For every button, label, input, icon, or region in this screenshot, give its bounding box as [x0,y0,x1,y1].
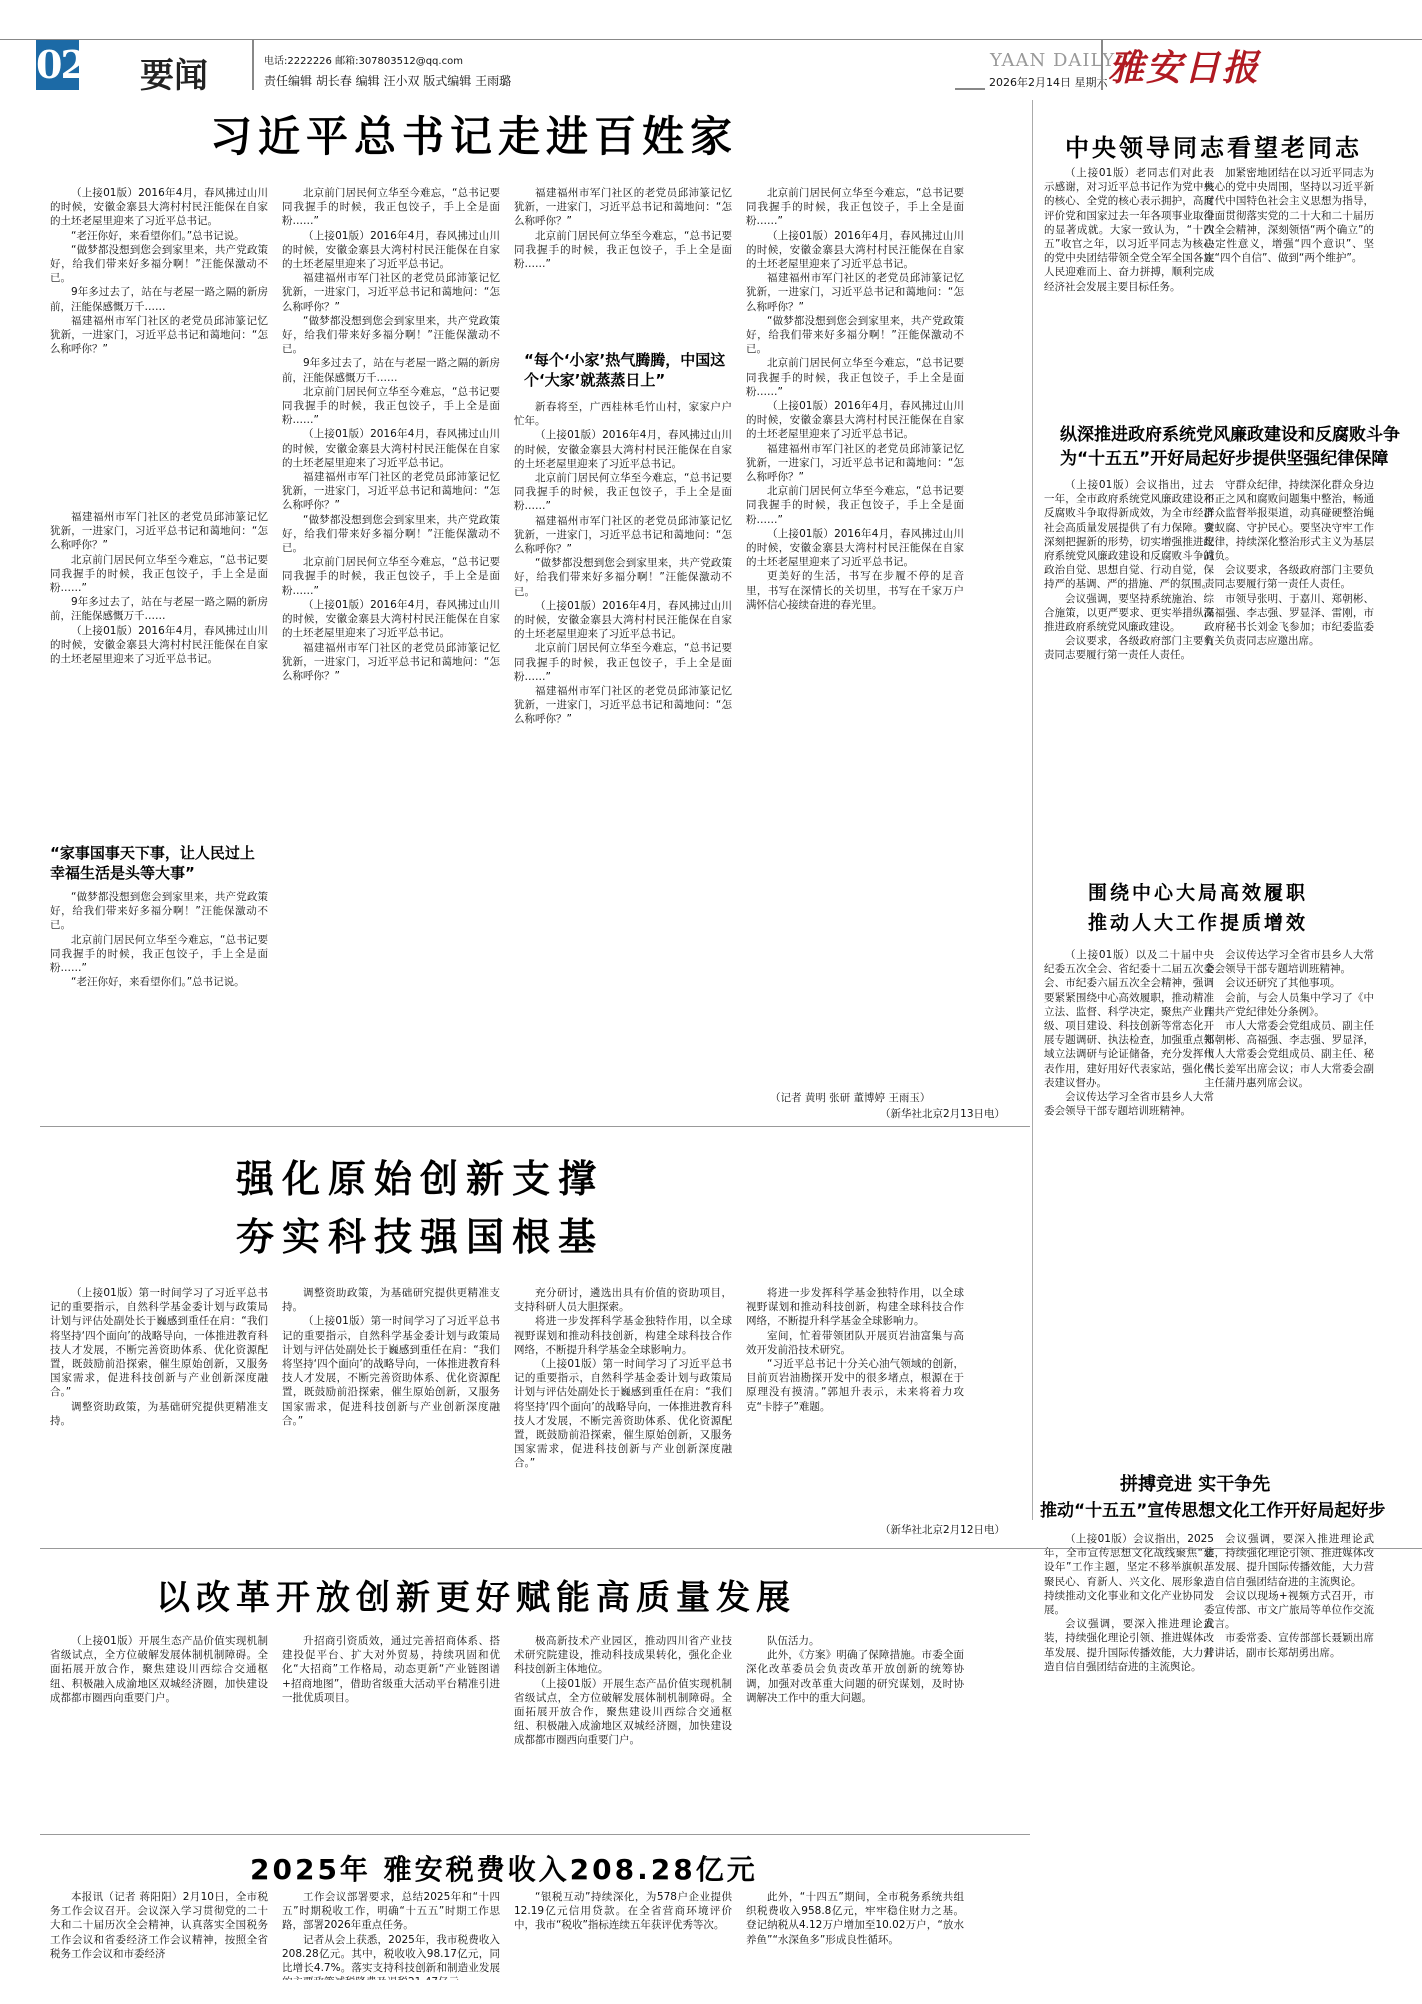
innovation-lab-p: 室间，忙着带领团队开展页岩油富集与高效开发前沿技术研究。 [746,1329,964,1357]
main-lead-b: （上接01版）2016年4月，春风拂过山川的时候，安徽金寨县大湾村村民汪能保在自… [50,624,268,667]
reform-col3: 极高新技术产业园区，推动四川省产业技术研究院建设，推动科技成果转化，强化企业科技… [514,1634,732,1822]
main-article-col1c: “做梦都没想到您会到家里来，共产党政策好，给我们带来好多福分啊！”汪能保激动不已… [50,890,268,1190]
npc-col1: （上接01版）以及二十届中央纪委五次全会、省纪委十二届五次全会、市纪委六届五次全… [1044,948,1214,1422]
main-article-title: 习近平总书记走进百姓家 [210,104,738,164]
npc-title-2: 推动人大工作提质增效 [1088,908,1308,935]
main-col4-p4: “做梦都没想到您会到家里来，共产党政策好，给我们带来好多福分啊！”汪能保激动不已… [746,314,964,357]
main-subhead-1: “家事国事天下事，让人民过上幸福生活是头等大事” [50,843,268,883]
discipline-title-2: 为“十五五”开好局起好步提供坚强纪律保障 [1060,444,1388,469]
npc-p2b: 会议传达学习全省市县乡人大常委会领导干部专题培训班精神。 [1204,948,1374,976]
tax-col3: “银税互动”持续深化，为578户企业提供12.19亿元信用贷款。在全省营商环境评… [514,1890,732,1980]
leaders-title: 中央领导同志看望老同志 [1065,128,1362,163]
main-p3b: “做梦都没想到您会到家里来，共产党政策好，给我们带来好多福分啊！”汪能保激动不已… [50,890,268,933]
npc-lead: （上接01版）以及二十届中央纪委五次全会、省纪委十二届五次全会、市纪委六届五次全… [1044,948,1214,1090]
main-article-col1: （上接01版）2016年4月，春风拂过山川的时候，安徽金寨县大湾村村民汪能保在自… [50,186,268,508]
culture-col2: 会议强调，要深入推进理论武装，持续强化理论引领、推进媒体改革发展、提升国际传播效… [1204,1532,1374,1972]
innovation-title-2: 夯实科技强国根基 [236,1206,604,1261]
npc-p3: 会议还研究了其他事项。 [1204,976,1374,990]
main-col3-p8: 北京前门居民何立华至今难忘，“总书记要同我握手的时候，我正包饺子，手上全是面粉…… [514,641,732,684]
contact-info: 电话:2222226 邮箱:307803512@qq.com [264,52,463,67]
reform-lead-b: （上接01版）开展生态产品价值实现机制省级试点，全方位破解发展体制机制障碍。全面… [514,1677,732,1748]
reform-col2: 升招商引资质效，通过完善招商体系、搭建投促平台、扩大对外贸易，持续巩固和优化“大… [282,1634,500,1822]
reform-p3: 极高新技术产业园区，推动四川省产业技术研究院建设，推动科技成果转化，强化企业科技… [514,1634,732,1677]
page-number-badge: 02 [36,40,79,90]
main-col2-p9: “做梦都没想到您会到家里来，共产党政策好，给我们带来好多福分啊！”汪能保激动不已… [282,513,500,556]
discipline-p3: 会议强调，要坚持系统施治、综合施策，以更严要求、更实举措纵深推进政府系统党风廉政… [1044,592,1214,635]
main-byline: （记者 黄明 张研 董博婷 王雨玉） [770,1090,930,1105]
main-col3-p7: （上接01版）2016年4月，春风拂过山川的时候，安徽金寨县大湾村村民汪能保在自… [514,599,732,642]
npc-title-1: 围绕中心大局高效履职 [1088,878,1308,905]
discipline-lead: （上接01版）会议指出，过去一年，全市政府系统党风廉政建设和反腐败斗争取得新成效… [1044,478,1214,592]
innovation-p3: 充分研讨，遴选出具有价值的资助项目，支持科研人员大胆探索。 [514,1286,732,1314]
culture-p2b: 会议强调，要深入推进理论武装，持续强化理论引领、推进媒体改革发展、提升国际传播效… [1204,1532,1374,1589]
main-p5: 福建福州市军门社区的老党员邱沛篆记忆犹新，一进家门，习近平总书记和蔼地问：“怎么… [50,314,268,357]
main-lead: （上接01版）2016年4月，春风拂过山川的时候，安徽金寨县大湾村村民汪能保在自… [50,186,268,229]
main-col2-p4: “做梦都没想到您会到家里来，共产党政策好，给我们带来好多福分啊！”汪能保激动不已… [282,314,500,357]
main-article-col3a: 福建福州市军门社区的老党员邱沛篆记忆犹新，一进家门，习近平总书记和蔼地问：“怎么… [514,186,732,344]
innovation-title-1: 强化原始创新支撑 [236,1148,604,1203]
npc-p2: 会议传达学习全省市县乡人大常委会领导干部专题培训班精神。 [1044,1090,1214,1118]
column-divider [1032,100,1033,1520]
main-col2-p1: 北京前门居民何立华至今难忘，“总书记要同我握手的时候，我正包饺子，手上全是面粉…… [282,186,500,229]
main-col4-p3: 福建福州市军门社区的老党员邱沛篆记忆犹新，一进家门，习近平总书记和蔼地问：“怎么… [746,271,964,314]
main-col2-p7: （上接01版）2016年4月，春风拂过山川的时候，安徽金寨县大湾村村民汪能保在自… [282,427,500,470]
main-col2-p2: （上接01版）2016年4月，春风拂过山川的时候，安徽金寨县大湾村村民汪能保在自… [282,229,500,272]
section-rule [40,1126,1030,1127]
innovation-col1: （上接01版）第一时间学习了习近平总书记的重要指示，自然科学基金委计划与政策局计… [50,1286,268,1536]
header-divider-right [1101,40,1103,90]
leaders-col1: （上接01版）老同志们对此表示感谢，对习近平总书记作为党中央的核心、全党的核心表… [1044,166,1214,406]
tax-col1: 本报讯（记者 蒋阳阳）2月10日，全市税务工作会议召开。会议深入学习贯彻党的二十… [50,1890,268,1980]
section-rule-2 [40,1548,1422,1549]
discipline-p5: 市领导张明、于嘉川、郑朝彬、高福强、李志强、罗显泽、雷刚，市政府秘书长刘金飞参加… [1204,592,1374,649]
main-col3-p6: “做梦都没想到您会到家里来，共产党政策好，给我们带来好多福分啊！”汪能保激动不已… [514,556,732,599]
main-col3-p5: 福建福州市军门社区的老党员邱沛篆记忆犹新，一进家门，习近平总书记和蔼地问：“怎么… [514,514,732,557]
main-col2-p6: 北京前门居民何立华至今难忘，“总书记要同我握手的时候，我正包饺子，手上全是面粉…… [282,385,500,428]
section-title: 要闻 [140,48,208,97]
header-divider [252,40,254,90]
reform-p6: 此外，《方案》明确了保障措施。市委全面深化改革委员会负责改革开放创新的统筹协调，… [746,1648,964,1705]
main-col2-p12: 福建福州市军门社区的老党员邱沛篆记忆犹新，一进家门，习近平总书记和蔼地问：“怎么… [282,641,500,684]
innovation-p4b: 将进一步发挥科学基金独特作用，以全球视野谋划和推动科技创新，构建全球科技合作网络… [746,1286,964,1329]
main-p3: “做梦都没想到您会到家里来，共产党政策好，给我们带来好多福分啊！”汪能保激动不已… [50,243,268,286]
main-p4b: 9年多过去了，站在与老屋一路之隔的新房前，汪能保感慨万千…… [50,595,268,623]
main-p6b: 北京前门居民何立华至今难忘，“总书记要同我握手的时候，我正包饺子，手上全是面粉…… [50,933,268,976]
issue-date: 2026年2月14日 星期六 [985,74,1112,90]
innovation-col2: 调整资助政策，为基础研究提供更精准支持。 （上接01版）第一时间学习了习近平总书… [282,1286,500,1536]
main-p5b: 福建福州市军门社区的老党员邱沛篆记忆犹新，一进家门，习近平总书记和蔼地问：“怎么… [50,510,268,553]
main-col4-p7: 福建福州市军门社区的老党员邱沛篆记忆犹新，一进家门，习近平总书记和蔼地问：“怎么… [746,442,964,485]
main-mid-p: 新春将至，广西桂林毛竹山村，家家户户忙年。 [514,400,732,428]
culture-col1: （上接01版）会议指出，2025年，全市宣传思想文化战线聚焦“建设年”工作主题，… [1044,1532,1214,1972]
discipline-p2: 守群众纪律，持续深化群众身边不正之风和腐败问题集中整治，畅通群众监督举报渠道，动… [1204,478,1374,563]
reform-title: 以改革开放创新更好赋能高质量发展 [156,1570,796,1619]
discipline-p4: 会议要求，各级政府部门主要负责同志要履行第一责任人责任。 [1044,634,1214,662]
main-col2-p8: 福建福州市军门社区的老党员邱沛篆记忆犹新，一进家门，习近平总书记和蔼地问：“怎么… [282,470,500,513]
culture-title-1: 拼搏竞进 实干争先 [1120,1470,1270,1496]
main-col3-p9: 福建福州市军门社区的老党员邱沛篆记忆犹新，一进家门，习近平总书记和蔼地问：“怎么… [514,684,732,727]
discipline-col2: 守群众纪律，持续深化群众身边不正之风和腐败问题集中整治，畅通群众监督举报渠道，动… [1204,478,1374,850]
main-col2-p11: （上接01版）2016年4月，春风拂过山川的时候，安徽金寨县大湾村村民汪能保在自… [282,598,500,641]
main-subhead-2: “每个‘小家’热气腾腾，中国这个‘大家’就蒸蒸日上” [524,350,732,390]
main-p4: 9年多过去了，站在与老屋一路之隔的新房前，汪能保感慨万千…… [50,285,268,313]
tax-lead: 本报讯（记者 蒋阳阳）2月10日，全市税务工作会议召开。会议深入学习贯彻党的二十… [50,1890,268,1961]
main-col3-p4: 北京前门居民何立华至今难忘，“总书记要同我握手的时候，我正包饺子，手上全是面粉…… [514,471,732,514]
reform-lead: （上接01版）开展生态产品价值实现机制省级试点，全方位破解发展体制机制障碍。全面… [50,1634,268,1705]
reform-p2: 升招商引资质效，通过完善招商体系、搭建投促平台、扩大对外贸易，持续巩固和优化“大… [282,1634,500,1705]
tax-col2: 工作会议部署要求，总结2025年和“十四五”时期税收工作，明确“十五五”时期工作… [282,1890,500,1980]
innovation-col3: 充分研讨，遴选出具有价值的资助项目，支持科研人员大胆探索。 将进一步发挥科学基金… [514,1286,732,1536]
editor-credits: 责任编辑 胡长春 编辑 汪小双 版式编辑 王雨璐 [264,72,511,89]
innovation-lead-c: （上接01版）第一时间学习了习近平总书记的重要指示，自然科学基金委计划与政策局计… [514,1357,732,1471]
culture-p2: 会议强调，要深入推进理论武装，持续强化理论引领、推进媒体改革发展、提升国际传播效… [1044,1617,1214,1674]
main-source: （新华社北京2月13日电） [880,1106,1005,1121]
leaders-p2: 加紧密地团结在以习近平同志为核心的党中央周围，坚持以习近平新时代中国特色社会主义… [1204,166,1374,265]
discipline-title-1: 纵深推进政府系统党风廉政建设和反腐败斗争 [1060,420,1400,445]
reform-col4: 队伍活力。 此外，《方案》明确了保障措施。市委全面深化改革委员会负责改革开放创新… [746,1634,964,1822]
main-article-col1b: 福建福州市军门社区的老党员邱沛篆记忆犹新，一进家门，习近平总书记和蔼地问：“怎么… [50,510,268,830]
section-rule-3 [40,1834,1030,1835]
reform-p4: 队伍活力。 [746,1634,964,1648]
innovation-source: （新华社北京2月12日电） [880,1522,1005,1537]
main-col4-p8: 北京前门居民何立华至今难忘，“总书记要同我握手的时候，我正包饺子，手上全是面粉…… [746,484,964,527]
main-p2: “老汪你好，来看望你们。”总书记说。 [50,229,268,243]
innovation-col4: 将进一步发挥科学基金独特作用，以全球视野谋划和推动科技创新，构建全球科技合作网络… [746,1286,964,1522]
main-p6: 北京前门居民何立华至今难忘，“总书记要同我握手的时候，我正包饺子，手上全是面粉…… [50,553,268,596]
culture-p3: 会议以现场+视频方式召开，市委宣传部、市文广旅局等单位作交流发言。 [1204,1589,1374,1632]
main-p2b: “老汪你好，来看望你们。”总书记说。 [50,975,268,989]
main-closing-p: 更美好的生活，书写在步履不停的足音里，书写在深情长的关切里，书写在千家万户满怀信… [746,569,964,612]
innovation-p2: 调整资助政策，为基础研究提供更精准支持。 [50,1400,268,1428]
main-col2-p10: 北京前门居民何立华至今难忘，“总书记要同我握手的时候，我正包饺子，手上全是面粉…… [282,555,500,598]
npc-p4: 会前，与会人员集中学习了《中国共产党纪律处分条例》。 [1204,991,1374,1019]
culture-title-2: 推动“十五五”宣传思想文化工作开好局起好步 [1040,1496,1385,1521]
innovation-quote: “习近平总书记十分关心油气领域的创新，目前页岩油勘探开发中的很多堵点，根源在于原… [746,1357,964,1414]
english-masthead: YAAN DAILY [990,50,1115,71]
main-col4-p1: 北京前门居民何立华至今难忘，“总书记要同我握手的时候，我正包饺子，手上全是面粉…… [746,186,964,229]
main-col3-p2: 北京前门居民何立华至今难忘，“总书记要同我握手的时候，我正包饺子，手上全是面粉…… [514,229,732,272]
main-col3-p3: （上接01版）2016年4月，春风拂过山川的时候，安徽金寨县大湾村村民汪能保在自… [514,428,732,471]
tax-p2: 工作会议部署要求，总结2025年和“十四五”时期税收工作，明确“十五五”时期工作… [282,1890,500,1933]
main-col4-p9: （上接01版）2016年4月，春风拂过山川的时候，安徽金寨县大湾村村民汪能保在自… [746,527,964,570]
culture-lead: （上接01版）会议指出，2025年，全市宣传思想文化战线聚焦“建设年”工作主题，… [1044,1532,1214,1617]
tax-title: 2025年 雅安税费收入208.28亿元 [250,1848,758,1888]
main-col2-p3: 福建福州市军门社区的老党员邱沛篆记忆犹新，一进家门，习近平总书记和蔼地问：“怎么… [282,271,500,314]
culture-p4: 市委常委、宣传部部长聂颖出席并讲话，副市长郑胡勇出席。 [1204,1631,1374,1659]
innovation-p4: 将进一步发挥科学基金独特作用，以全球视野谋划和推动科技创新，构建全球科技合作网络… [514,1314,732,1357]
innovation-lead: （上接01版）第一时间学习了习近平总书记的重要指示，自然科学基金委计划与政策局计… [50,1286,268,1400]
main-col2-p5: 9年多过去了，站在与老屋一路之隔的新房前，汪能保感慨万千…… [282,356,500,384]
reform-col1: （上接01版）开展生态产品价值实现机制省级试点，全方位破解发展体制机制障碍。全面… [50,1634,268,1822]
leaders-col2: 加紧密地团结在以习近平同志为核心的党中央周围，坚持以习近平新时代中国特色社会主义… [1204,166,1374,406]
discipline-col1: （上接01版）会议指出，过去一年，全市政府系统党风廉政建设和反腐败斗争取得新成效… [1044,478,1214,850]
main-col3-p1: 福建福州市军门社区的老党员邱沛篆记忆犹新，一进家门，习近平总书记和蔼地问：“怎么… [514,186,732,229]
innovation-p2b: 调整资助政策，为基础研究提供更精准支持。 [282,1286,500,1314]
main-article-col4: 北京前门居民何立华至今难忘，“总书记要同我握手的时候，我正包饺子，手上全是面粉…… [746,186,964,1046]
leaders-lead: （上接01版）老同志们对此表示感谢，对习近平总书记作为党中央的核心、全党的核心表… [1044,166,1214,294]
tax-p4: “银税互动”持续深化，为578户企业提供12.19亿元信用贷款。在全省营商环境评… [514,1890,732,1933]
main-col4-p6: （上接01版）2016年4月，春风拂过山川的时候，安徽金寨县大湾村村民汪能保在自… [746,399,964,442]
main-article-col2: 北京前门居民何立华至今难忘，“总书记要同我握手的时候，我正包饺子，手上全是面粉…… [282,186,500,1006]
npc-p5: 市人大常委会党组成员、副主任郑朝彬、高福强、李志强、罗显泽，市人大常委会党组成员… [1204,1019,1374,1090]
tax-col4: 此外，“十四五”期间，全市税务系统共组织税费收入958.8亿元，牢牢稳住财力之基… [746,1890,964,1980]
tax-p5: 此外，“十四五”期间，全市税务系统共组织税费收入958.8亿元，牢牢稳住财力之基… [746,1890,964,1947]
tax-p3: 记者从会上获悉，2025年，我市税费收入208.28亿元。其中，税收收入98.1… [282,1933,500,1980]
newspaper-logo: 雅安日报 [1108,40,1260,91]
npc-col2: 会议传达学习全省市县乡人大常委会领导干部专题培训班精神。 会议还研究了其他事项。… [1204,948,1374,1422]
main-article-col3b: 新春将至，广西桂林毛竹山村，家家户户忙年。 （上接01版）2016年4月，春风拂… [514,400,732,1006]
main-col4-p2: （上接01版）2016年4月，春风拂过山川的时候，安徽金寨县大湾村村民汪能保在自… [746,229,964,272]
innovation-lead-b: （上接01版）第一时间学习了习近平总书记的重要指示，自然科学基金委计划与政策局计… [282,1314,500,1428]
main-col4-p5: 北京前门居民何立华至今难忘，“总书记要同我握手的时候，我正包饺子，手上全是面粉…… [746,356,964,399]
discipline-p4b: 会议要求，各级政府部门主要负责同志要履行第一责任人责任。 [1204,563,1374,591]
